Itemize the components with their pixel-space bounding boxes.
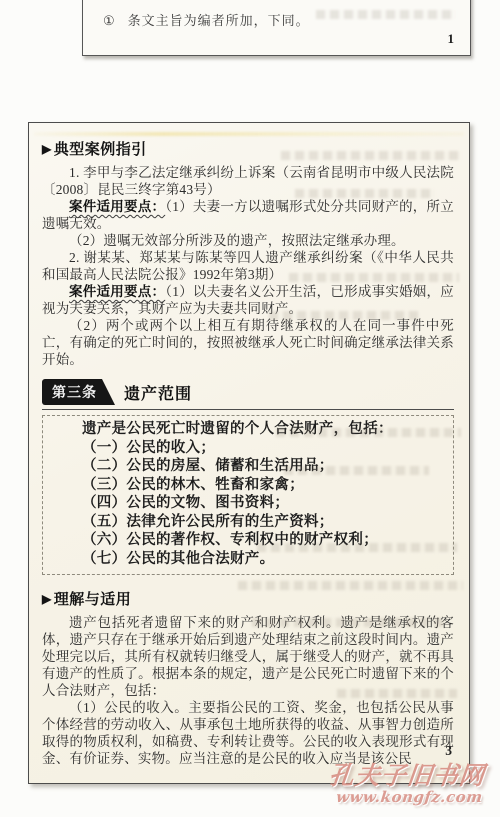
interpretation-paragraph: （1）公民的收入。主要指公民的工资、奖金，也包括公民从事个体经营的劳动收入、从事… [42,699,454,767]
article-number-badge: 第三条 [42,379,115,405]
book-page: ▶典型案例指引 1. 李甲与李乙法定继承纠纷上诉案（云南省昆明市中级人民法院〔2… [28,122,470,784]
triangle-marker-icon: ▶ [42,592,52,606]
statute-text-box: 遗产是公民死亡时遗留的个人合法财产，包括： （一）公民的收入； （二）公民的房屋… [42,415,454,575]
watermark-site-url: www.kongfz.com [326,788,484,806]
footnote: ①条文主旨为编者所加，下同。 [103,10,310,29]
statute-item: （三）公民的林木、牲畜和家禽； [53,476,443,495]
page-number: 1 [448,31,455,47]
section-heading-interpretation: ▶理解与适用 [42,588,454,609]
statute-item: （七）公民的其他合法财产。 [53,550,443,569]
statute-item: （五）法律允许公民所有的生产资料； [53,513,443,532]
case-title: 1. 李甲与李乙法定继承纠纷上诉案（云南省昆明市中级人民法院〔2008〕昆民三终… [42,164,454,198]
footnote-number-icon: ① [103,13,116,28]
page-number: 3 [445,743,452,759]
statute-item: （一）公民的收入； [53,439,443,458]
footnote-text: 条文主旨为编者所加，下同。 [128,13,310,28]
book-photo: ①条文主旨为编者所加，下同。 1 ▶典型案例指引 1. 李甲与李乙法定继承纠纷上… [0,0,500,817]
statute-item: （六）公民的著作权、专利权中的财产权利； [53,531,443,550]
case-title: 2. 谢某某、郑某某与陈某等四人遗产继承纠纷案（《中华人民共和国最高人民法院公报… [42,249,454,283]
section-heading-text: 理解与适用 [54,591,132,608]
statute-intro: 遗产是公民死亡时遗留的个人合法财产，包括： [53,420,443,439]
interpretation-paragraph: 遗产包括死者遗留下来的财产和财产权利。遗产是继承权的客体，遗产只存在于继承开始后… [42,614,454,699]
case-points: 案件适用要点：（1）以夫妻名义公开生活，已形成事实婚姻，应视为夫妻关系，其财产应… [42,283,454,317]
previous-page-fragment: ①条文主旨为编者所加，下同。 1 [82,0,471,56]
section-heading-text: 典型案例指引 [54,141,147,158]
case-points-label: 案件适用要点： [69,284,165,299]
case-points: 案件适用要点：（1）夫妻一方以遗嘱形式处分共同财产的，所立遗嘱无效。 [42,198,454,232]
case-points-label: 案件适用要点： [69,199,165,214]
statute-item: （二）公民的房屋、储蓄和生活用品； [53,457,443,476]
article-heading: 第三条 遗产范围 [42,379,454,410]
statute-item: （四）公民的文物、图书资料； [53,494,443,513]
section-heading-case-guide: ▶典型案例指引 [42,138,454,159]
triangle-marker-icon: ▶ [42,142,52,156]
case-point: （2）遗嘱无效部分所涉及的遗产，按照法定继承办理。 [42,232,454,249]
article-title: 遗产范围 [124,381,192,404]
page-tint [34,132,464,136]
bleed-noise [316,10,456,19]
case-point: （2）两个或两个以上相互有期待继承权的人在同一事件中死亡，有确定的死亡时间的，按… [42,317,454,368]
